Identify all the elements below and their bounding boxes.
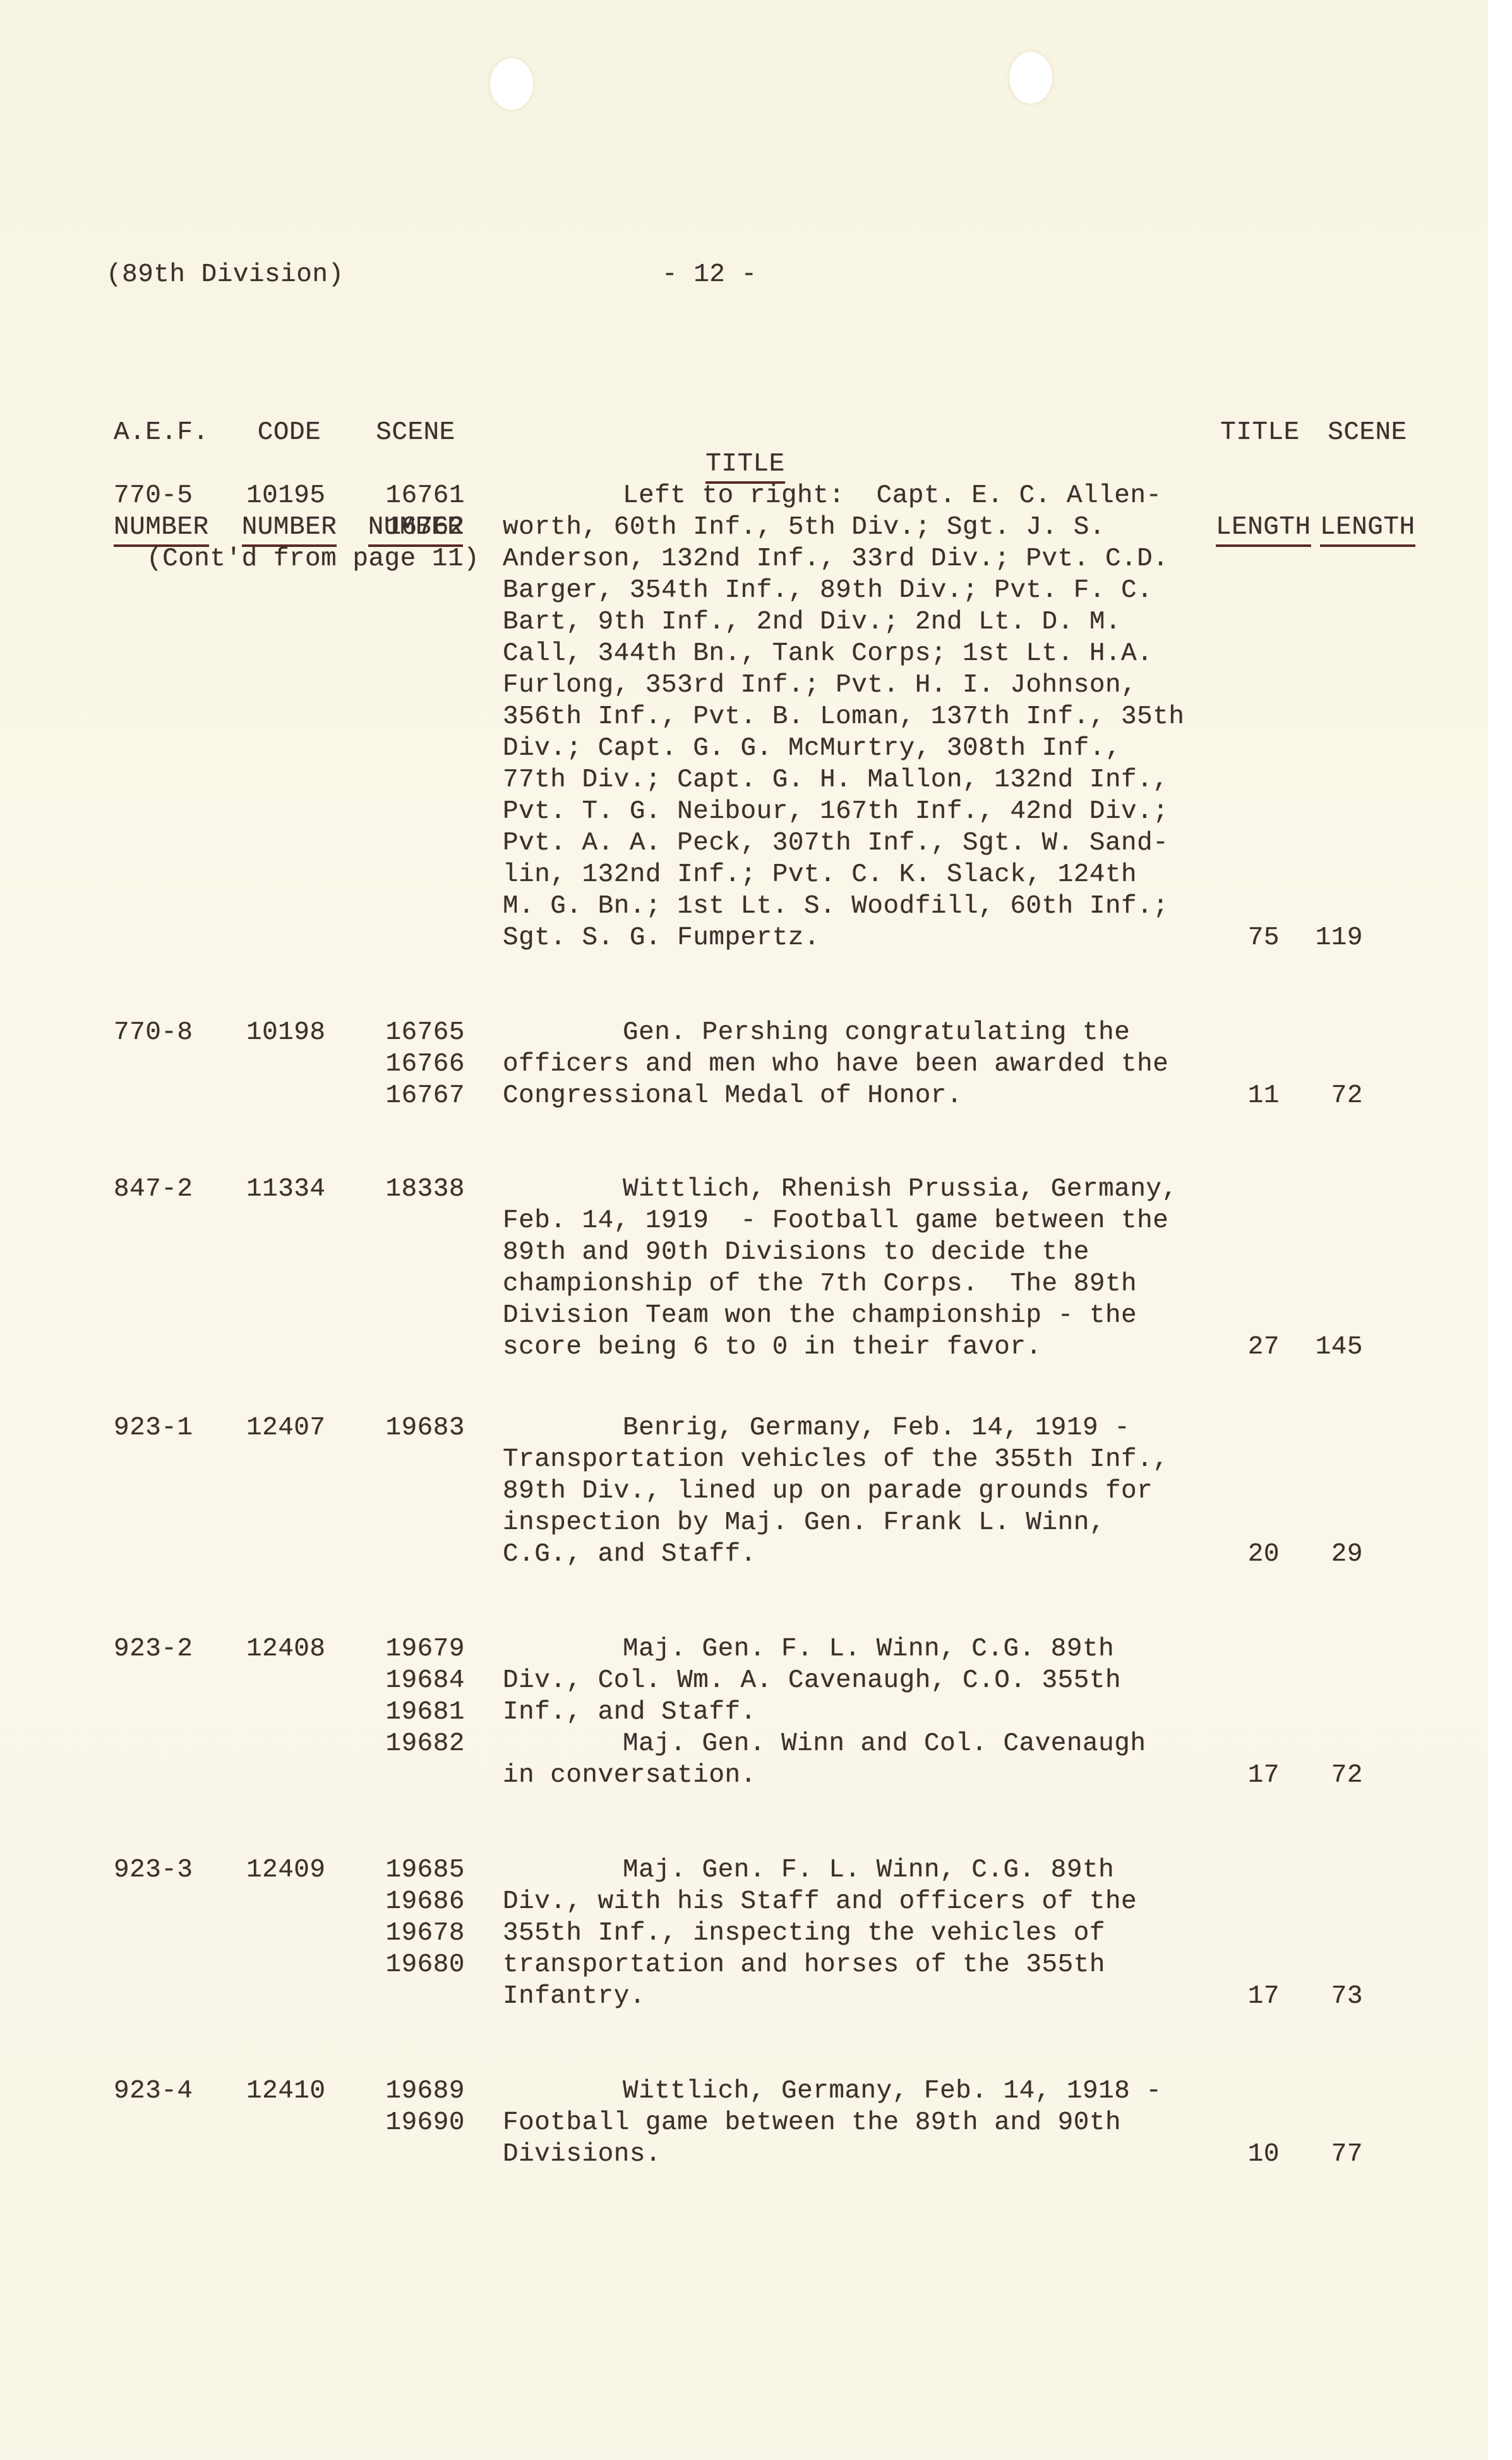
scene-length: 29 <box>1331 1539 1363 1570</box>
title-line: Pvt. T. G. Neibour, 167th Inf., 42nd Div… <box>503 796 1184 827</box>
column-header-title-length: TITLE LENGTH <box>1216 354 1304 610</box>
column-header-line: NUMBER <box>114 512 209 547</box>
title-line: 89th and 90th Divisions to decide the <box>503 1237 1178 1268</box>
title-line: Bart, 9th Inf., 2nd Div.; 2nd Lt. D. M. <box>503 606 1184 638</box>
title-line: 89th Div., lined up on parade grounds fo… <box>503 1475 1168 1507</box>
scene-numbers: 1968919690 <box>385 2075 465 2139</box>
title-line: 356th Inf., Pvt. B. Loman, 137th Inf., 3… <box>503 701 1184 733</box>
column-header-line: LENGTH <box>1216 512 1311 547</box>
code-number: 10198 <box>246 1017 326 1048</box>
scene-title: Benrig, Germany, Feb. 14, 1919 -Transpor… <box>503 1412 1168 1570</box>
code-number: 12407 <box>246 1412 326 1444</box>
aef-number: 923-1 <box>114 1412 193 1444</box>
scene-number: 18338 <box>385 1173 465 1205</box>
scene-title: Maj. Gen. F. L. Winn, C.G. 89thDiv., Col… <box>503 1633 1146 1791</box>
title-line: Football game between the 89th and 90th <box>503 2107 1162 2139</box>
title-line: Congressional Medal of Honor. <box>503 1080 1168 1112</box>
scene-number: 19682 <box>385 1728 465 1760</box>
scene-number: 19685 <box>385 1854 465 1886</box>
column-header-line: SCENE <box>365 417 466 448</box>
title-line: Call, 344th Bn., Tank Corps; 1st Lt. H.A… <box>503 638 1184 669</box>
scene-number: 19690 <box>385 2107 465 2139</box>
title-line: Div., Col. Wm. A. Cavenaugh, C.O. 355th <box>503 1665 1146 1696</box>
code-number: 11334 <box>246 1173 326 1205</box>
page-edge <box>1488 0 1512 2460</box>
scene-numbers: 167651676616767 <box>385 1017 465 1112</box>
title-line: Feb. 14, 1919 - Football game between th… <box>503 1205 1178 1237</box>
document-page: (89th Division) - 12 - A.E.F. NUMBER COD… <box>0 0 1489 2451</box>
title-line: Transportation vehicles of the 355th Inf… <box>503 1444 1168 1475</box>
code-number: 10195 <box>246 480 326 512</box>
scene-length: 72 <box>1331 1080 1363 1112</box>
division-header: (89th Division) <box>106 259 344 291</box>
scene-title: Wittlich, Rhenish Prussia, Germany,Feb. … <box>503 1173 1178 1363</box>
aef-number: 923-2 <box>114 1633 193 1665</box>
title-line: 77th Div.; Capt. G. H. Mallon, 132nd Inf… <box>503 764 1184 796</box>
scene-title: Maj. Gen. F. L. Winn, C.G. 89thDiv., wit… <box>503 1854 1137 2012</box>
scene-numbers: 19685196861967819680 <box>385 1854 465 1981</box>
scene-number: 19684 <box>385 1665 465 1696</box>
title-line: Gen. Pershing congratulating the <box>503 1017 1168 1048</box>
scene-length: 77 <box>1331 2139 1363 2170</box>
title-line: championship of the 7th Corps. The 89th <box>503 1268 1178 1300</box>
column-header-line: TITLE <box>705 448 785 484</box>
scene-number: 19686 <box>385 1886 465 1917</box>
aef-number: 770-5 <box>114 480 193 512</box>
scene-number: 16762 <box>385 512 465 543</box>
aef-number: 847-2 <box>114 1173 193 1205</box>
title-line: Wittlich, Germany, Feb. 14, 1918 - <box>503 2075 1162 2107</box>
title-line: Inf., and Staff. <box>503 1696 1146 1728</box>
title-line: Division Team won the championship - the <box>503 1300 1178 1331</box>
scene-length: 73 <box>1331 1981 1363 2012</box>
scene-title: Gen. Pershing congratulating theofficers… <box>503 1017 1168 1112</box>
title-line: Maj. Gen. F. L. Winn, C.G. 89th <box>503 1633 1146 1665</box>
title-line: in conversation. <box>503 1760 1146 1791</box>
title-line: Maj. Gen. Winn and Col. Cavenaugh <box>503 1728 1146 1760</box>
title-line: Div.; Capt. G. G. McMurtry, 308th Inf., <box>503 733 1184 764</box>
punch-hole <box>490 58 533 110</box>
scene-number: 16767 <box>385 1080 465 1112</box>
title-line: 355th Inf., inspecting the vehicles of <box>503 1917 1137 1949</box>
scene-number: 16766 <box>385 1048 465 1080</box>
scene-number: 16765 <box>385 1017 465 1048</box>
scene-number: 19683 <box>385 1412 465 1444</box>
page-number: - 12 - <box>662 259 757 291</box>
column-header-line: SCENE <box>1320 417 1415 448</box>
column-header-line: CODE <box>239 417 340 448</box>
title-line: Benrig, Germany, Feb. 14, 1919 - <box>503 1412 1168 1444</box>
title-line: score being 6 to 0 in their favor. <box>503 1331 1178 1363</box>
code-number: 12410 <box>246 2075 326 2107</box>
title-length: 17 <box>1248 1760 1280 1791</box>
scene-number: 19689 <box>385 2075 465 2107</box>
title-length: 27 <box>1248 1331 1280 1363</box>
title-line: inspection by Maj. Gen. Frank L. Winn, <box>503 1507 1168 1539</box>
title-line: Barger, 354th Inf., 89th Div.; Pvt. F. C… <box>503 575 1184 606</box>
code-number: 12408 <box>246 1633 326 1665</box>
scene-length: 145 <box>1316 1331 1363 1363</box>
title-line: M. G. Bn.; 1st Lt. S. Woodfill, 60th Inf… <box>503 891 1184 922</box>
title-length: 10 <box>1248 2139 1280 2170</box>
scene-title: Left to right: Capt. E. C. Allen-worth, … <box>503 480 1184 954</box>
column-header-line: NUMBER <box>242 512 337 547</box>
aef-number: 923-4 <box>114 2075 193 2107</box>
continuation-note: (Cont'd from page 11) <box>147 543 479 575</box>
title-line: worth, 60th Inf., 5th Div.; Sgt. J. S. <box>503 512 1184 543</box>
title-line: Pvt. A. A. Peck, 307th Inf., Sgt. W. San… <box>503 827 1184 859</box>
punch-hole <box>1009 52 1052 104</box>
title-line: Div., with his Staff and officers of the <box>503 1886 1137 1917</box>
code-number: 12409 <box>246 1854 326 1886</box>
column-header-line: LENGTH <box>1320 512 1415 547</box>
title-line: Wittlich, Rhenish Prussia, Germany, <box>503 1173 1178 1205</box>
column-header-line: A.E.F. <box>114 417 208 448</box>
title-line: Anderson, 132nd Inf., 33rd Div.; Pvt. C.… <box>503 543 1184 575</box>
title-line: Furlong, 353rd Inf.; Pvt. H. I. Johnson, <box>503 669 1184 701</box>
title-length: 20 <box>1248 1539 1280 1570</box>
scene-numbers: 19683 <box>385 1412 465 1444</box>
column-header-line: TITLE <box>1216 417 1304 448</box>
scene-title: Wittlich, Germany, Feb. 14, 1918 -Footba… <box>503 2075 1162 2170</box>
scene-number: 16761 <box>385 480 465 512</box>
scene-number: 19679 <box>385 1633 465 1665</box>
scene-number: 19680 <box>385 1949 465 1981</box>
scene-length: 72 <box>1331 1760 1363 1791</box>
title-line: lin, 132nd Inf.; Pvt. C. K. Slack, 124th <box>503 859 1184 891</box>
title-line: C.G., and Staff. <box>503 1539 1168 1570</box>
title-line: Sgt. S. G. Fumpertz. <box>503 922 1184 954</box>
title-length: 11 <box>1248 1080 1280 1112</box>
title-line: officers and men who have been awarded t… <box>503 1048 1168 1080</box>
title-length: 17 <box>1248 1981 1280 2012</box>
title-line: Infantry. <box>503 1981 1137 2012</box>
aef-number: 923-3 <box>114 1854 193 1886</box>
title-line: Maj. Gen. F. L. Winn, C.G. 89th <box>503 1854 1137 1886</box>
scene-numbers: 19679196841968119682 <box>385 1633 465 1760</box>
scene-numbers: 18338 <box>385 1173 465 1205</box>
title-line: transportation and horses of the 355th <box>503 1949 1137 1981</box>
scene-numbers: 1676116762 <box>385 480 465 543</box>
title-line: Left to right: Capt. E. C. Allen- <box>503 480 1184 512</box>
scene-number: 19678 <box>385 1917 465 1949</box>
title-length: 75 <box>1248 922 1280 954</box>
column-header-scene-length: SCENE LENGTH <box>1320 354 1415 610</box>
scene-number: 19681 <box>385 1696 465 1728</box>
scene-length: 119 <box>1316 922 1363 954</box>
title-line: Divisions. <box>503 2139 1162 2170</box>
aef-number: 770-8 <box>114 1017 193 1048</box>
